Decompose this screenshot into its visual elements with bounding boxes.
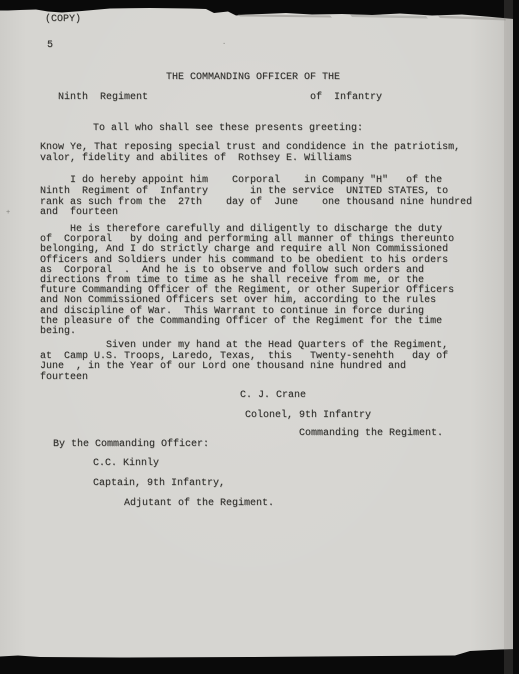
adjutant-role: Adjutant of the Regiment. bbox=[124, 499, 274, 509]
para-know-ye-line-1: valor, fidelity and abilites of Rothsey … bbox=[40, 154, 352, 164]
adjutant-name: C.C. Kinnly bbox=[93, 459, 159, 469]
signature-name: C. J. Crane bbox=[240, 391, 306, 401]
para-duty-line-10: being. bbox=[40, 327, 76, 337]
para-given-line-0: Siven under my hand at the Head Quarters… bbox=[40, 341, 448, 351]
para-appointment-line-0: I do hereby appoint him Corporal in Comp… bbox=[40, 176, 442, 186]
signature-role: Commanding the Regiment. bbox=[299, 429, 443, 439]
para-duty-line-9: the pleasure of the Commanding Officer o… bbox=[40, 317, 442, 327]
page-number: 5 bbox=[47, 41, 53, 51]
speck-artifact: + bbox=[6, 210, 10, 217]
copy-label: (COPY) bbox=[45, 15, 81, 25]
para-know-ye-line-0: Know Ye, That reposing special trust and… bbox=[40, 143, 460, 153]
greeting-line: To all who shall see these presents gree… bbox=[93, 124, 363, 134]
signature-rank: Colonel, 9th Infantry bbox=[245, 411, 371, 421]
para-duty-line-7: and Non Commissioned Officers set over h… bbox=[40, 296, 436, 306]
para-duty-line-2: belonging, And I do strictly charge and … bbox=[40, 245, 448, 255]
text-layer: (COPY)5THE COMMANDING OFFICER OF THENint… bbox=[0, 0, 519, 674]
para-appointment-line-3: and fourteen bbox=[40, 208, 118, 218]
adjutant-rank: Captain, 9th Infantry, bbox=[93, 479, 225, 489]
document-title: THE COMMANDING OFFICER OF THE bbox=[166, 73, 340, 83]
scanned-document-page: (COPY)5THE COMMANDING OFFICER OF THENint… bbox=[0, 0, 519, 674]
regiment-line: Ninth Regiment of Infantry bbox=[58, 93, 382, 103]
speck-artifact: . bbox=[222, 40, 226, 47]
by-officer-line: By the Commanding Officer: bbox=[53, 440, 209, 450]
para-appointment-line-1: Ninth Regiment of Infantry in the servic… bbox=[40, 187, 448, 197]
para-given-line-3: fourteen bbox=[40, 373, 88, 383]
para-given-line-2: June , in the Year of our Lord one thous… bbox=[40, 362, 406, 372]
